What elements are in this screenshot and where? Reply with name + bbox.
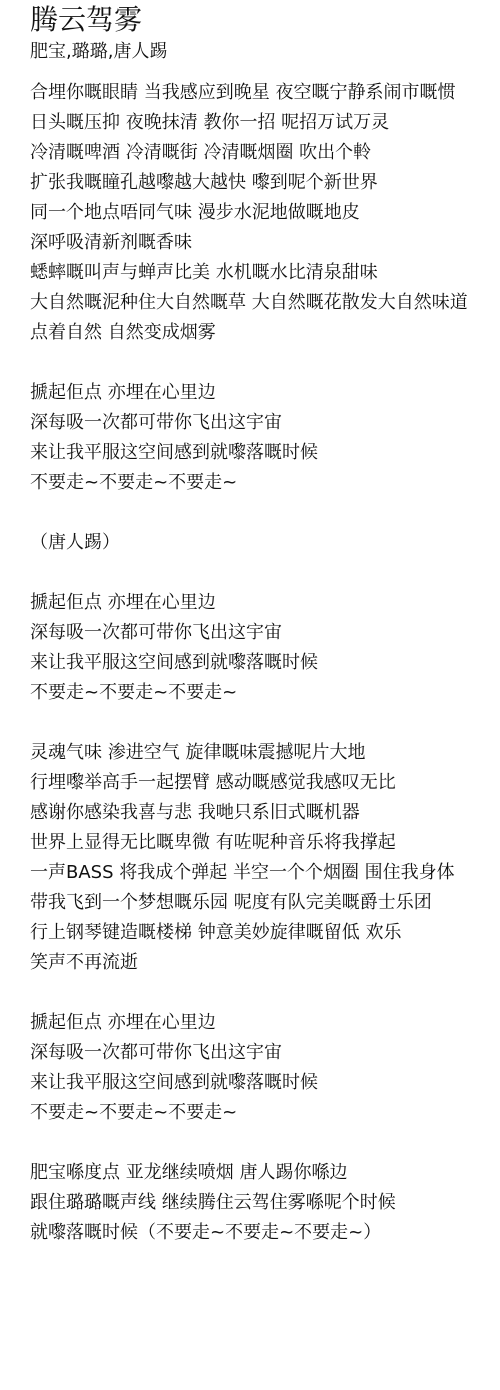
- lyric-line: 深每吸一次都可带你飞出这宇宙: [30, 618, 500, 648]
- lyric-line: 就嚟落嘅时候（不要走~不要走~不要走~）: [30, 1218, 500, 1248]
- lyric-line: 行埋嚟举高手一起摆臂 感动嘅感觉我感叹无比: [30, 768, 500, 798]
- lyric-line: 不要走~不要走~不要走~: [30, 1098, 500, 1128]
- stanza-chorus-3: 搋起佢点 亦埋在心里边 深每吸一次都可带你飞出这宇宙 来让我平服这空间感到就嚟落…: [30, 1008, 500, 1128]
- lyric-line: 蟋蟀嘅叫声与蝉声比美 水机嘅水比清泉甜味: [30, 258, 500, 288]
- lyric-line: 日头嘅压抑 夜晚抹清 教你一招 呢招万试万灵: [30, 108, 500, 138]
- lyric-line: 扩张我嘅瞳孔越嚟越大越快 嚟到呢个新世界: [30, 168, 500, 198]
- lyric-line: 笑声不再流逝: [30, 948, 500, 978]
- lyric-line: 搋起佢点 亦埋在心里边: [30, 378, 500, 408]
- lyric-line: 来让我平服这空间感到就嚟落嘅时候: [30, 648, 500, 678]
- stanza-verse-1: 合埋你嘅眼睛 当我感应到晚星 夜空嘅宁静系闹市嘅惯 日头嘅压抑 夜晚抹清 教你一…: [30, 78, 500, 348]
- lyrics-body: 合埋你嘅眼睛 当我感应到晚星 夜空嘅宁静系闹市嘅惯 日头嘅压抑 夜晚抹清 教你一…: [30, 78, 500, 1248]
- lyrics-page: 腾云驾雾 肥宝,璐璐,唐人踢 合埋你嘅眼睛 当我感应到晚星 夜空嘅宁静系闹市嘅惯…: [30, 0, 500, 1278]
- lyric-line: 大自然嘅泥种住大自然嘅草 大自然嘅花散发大自然味道: [30, 288, 500, 318]
- stanza-outro: 肥宝喺度点 亚龙继续喷烟 唐人踢你喺边 跟住璐璐嘅声线 继续腾住云驾住雾喺呢个时…: [30, 1158, 500, 1248]
- stanza-chorus-2: 搋起佢点 亦埋在心里边 深每吸一次都可带你飞出这宇宙 来让我平服这空间感到就嚟落…: [30, 588, 500, 708]
- song-title: 腾云驾雾: [30, 3, 500, 37]
- lyric-line: 深呼吸清新剂嘅香味: [30, 228, 500, 258]
- lyric-line: 点着自然 自然变成烟雾: [30, 318, 500, 348]
- stanza-verse-2: 灵魂气味 渗进空气 旋律嘅味震撼呢片大地 行埋嚟举高手一起摆臂 感动嘅感觉我感叹…: [30, 738, 500, 978]
- lyric-line: 深每吸一次都可带你飞出这宇宙: [30, 1038, 500, 1068]
- lyric-line: 一声BASS 将我成个弹起 半空一个个烟圈 围住我身体: [30, 858, 500, 888]
- lyric-line: 跟住璐璐嘅声线 继续腾住云驾住雾喺呢个时候: [30, 1188, 500, 1218]
- song-artists: 肥宝,璐璐,唐人踢: [30, 41, 500, 63]
- lyric-line: 灵魂气味 渗进空气 旋律嘅味震撼呢片大地: [30, 738, 500, 768]
- lyric-line: 行上钢琴键造嘅楼梯 钟意美妙旋律嘅留低 欢乐: [30, 918, 500, 948]
- stanza-chorus-1: 搋起佢点 亦埋在心里边 深每吸一次都可带你飞出这宇宙 来让我平服这空间感到就嚟落…: [30, 378, 500, 498]
- lyric-line: 来让我平服这空间感到就嚟落嘅时候: [30, 1068, 500, 1098]
- lyric-line: 世界上显得无比嘅卑微 有咗呢种音乐将我撑起: [30, 828, 500, 858]
- lyric-line: 来让我平服这空间感到就嚟落嘅时候: [30, 438, 500, 468]
- lyric-line: 肥宝喺度点 亚龙继续喷烟 唐人踢你喺边: [30, 1158, 500, 1188]
- lyric-line: 冷清嘅啤酒 冷清嘅街 冷清嘅烟圈 吹出个軨: [30, 138, 500, 168]
- lyric-line: （唐人踢）: [30, 528, 500, 558]
- lyric-line: 深每吸一次都可带你飞出这宇宙: [30, 408, 500, 438]
- lyric-line: 不要走~不要走~不要走~: [30, 468, 500, 498]
- lyric-line: 合埋你嘅眼睛 当我感应到晚星 夜空嘅宁静系闹市嘅惯: [30, 78, 500, 108]
- lyric-line: 搋起佢点 亦埋在心里边: [30, 1008, 500, 1038]
- stanza-performer-tag: （唐人踢）: [30, 528, 500, 558]
- lyric-line: 感谢你感染我喜与悲 我哋只系旧式嘅机器: [30, 798, 500, 828]
- lyric-line: 同一个地点唔同气味 漫步水泥地做嘅地皮: [30, 198, 500, 228]
- lyric-line: 不要走~不要走~不要走~: [30, 678, 500, 708]
- lyric-line: 带我飞到一个梦想嘅乐园 呢度有队完美嘅爵士乐团: [30, 888, 500, 918]
- lyric-line: 搋起佢点 亦埋在心里边: [30, 588, 500, 618]
